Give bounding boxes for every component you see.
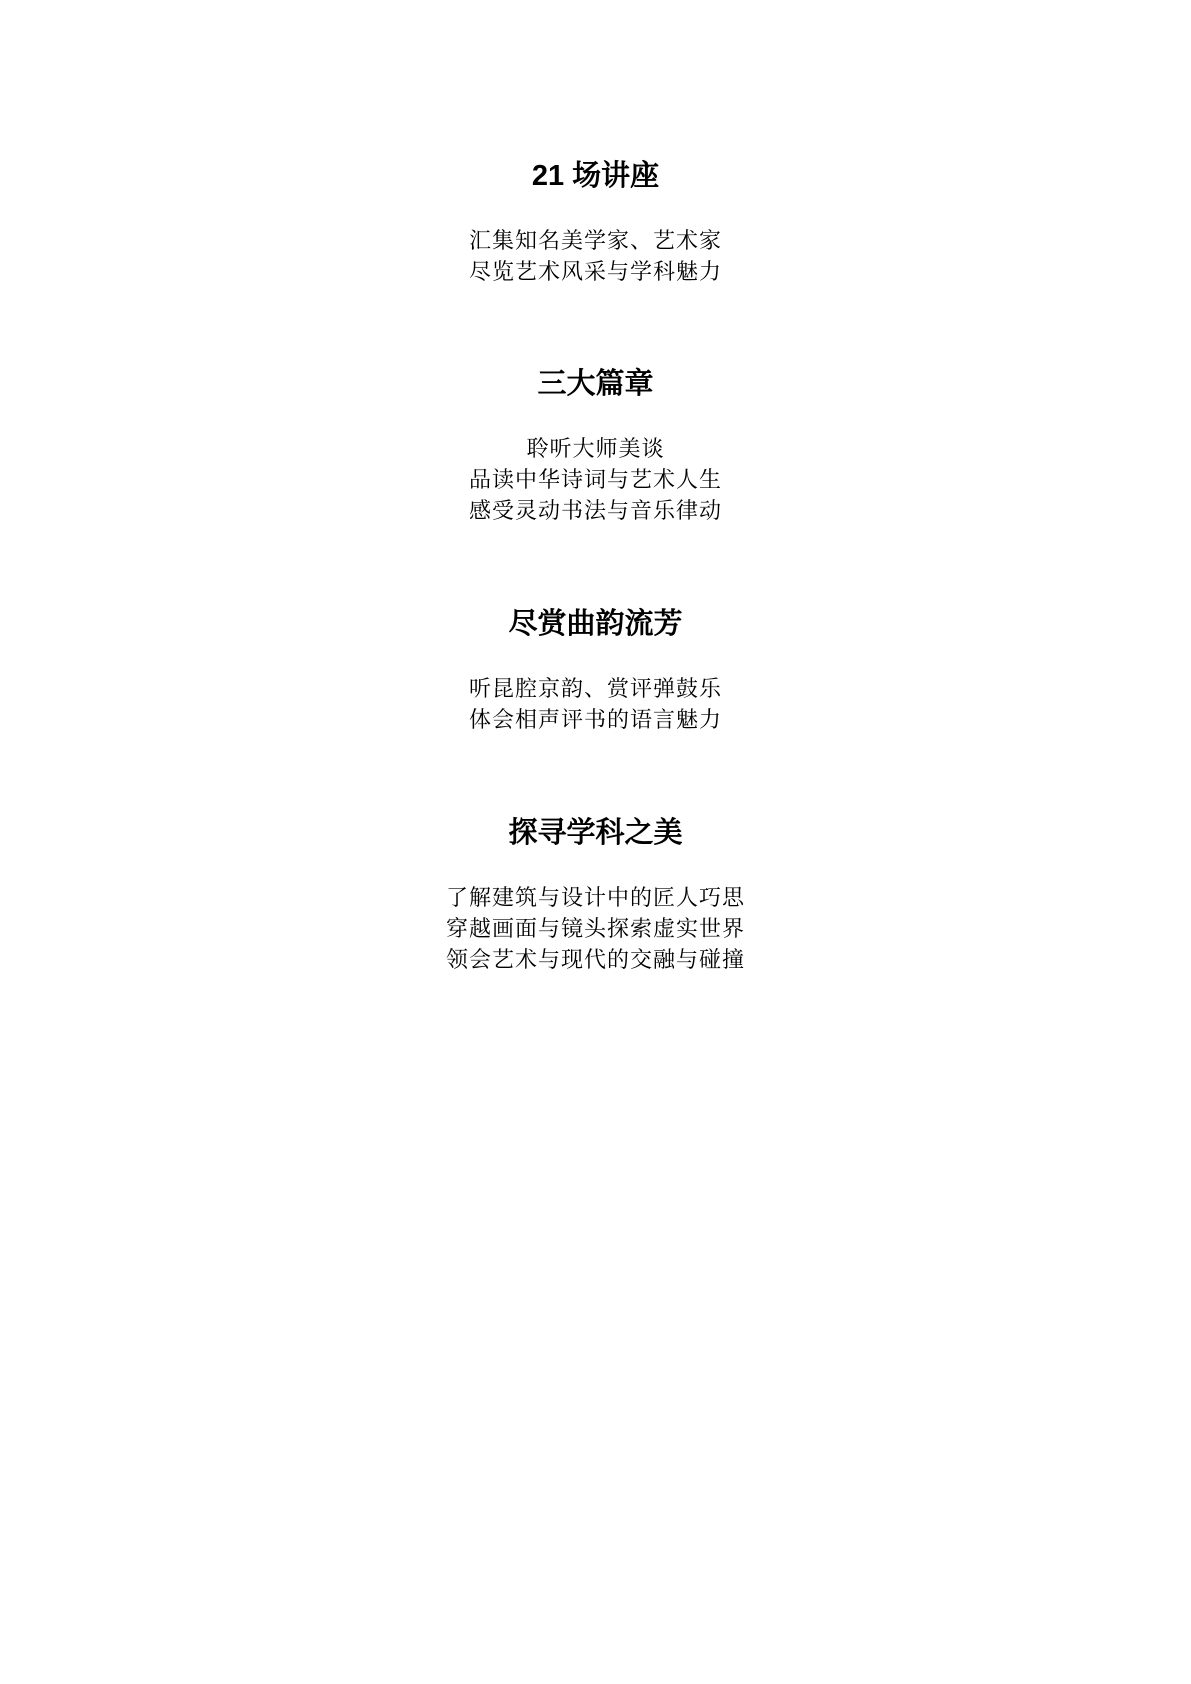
body-line: 领会艺术与现代的交融与碰撞 xyxy=(0,945,1191,976)
body-line: 汇集知名美学家、艺术家 xyxy=(0,226,1191,257)
body-line: 尽览艺术风采与学科魅力 xyxy=(0,257,1191,288)
document-page: 21 场讲座 汇集知名美学家、艺术家 尽览艺术风采与学科魅力 三大篇章 聆听大师… xyxy=(0,0,1191,1684)
body-line: 感受灵动书法与音乐律动 xyxy=(0,496,1191,527)
section-three-chapters: 三大篇章 聆听大师美谈 品读中华诗词与艺术人生 感受灵动书法与音乐律动 xyxy=(0,366,1191,527)
section-heading: 21 场讲座 xyxy=(0,158,1191,194)
body-line: 体会相声评书的语言魅力 xyxy=(0,705,1191,736)
section-body: 聆听大师美谈 品读中华诗词与艺术人生 感受灵动书法与音乐律动 xyxy=(0,434,1191,527)
section-heading: 探寻学科之美 xyxy=(0,815,1191,851)
body-line: 听昆腔京韵、赏评弹鼓乐 xyxy=(0,674,1191,705)
section-body: 汇集知名美学家、艺术家 尽览艺术风采与学科魅力 xyxy=(0,226,1191,288)
body-line: 聆听大师美谈 xyxy=(0,434,1191,465)
body-line: 穿越画面与镜头探索虚实世界 xyxy=(0,914,1191,945)
section-lectures: 21 场讲座 汇集知名美学家、艺术家 尽览艺术风采与学科魅力 xyxy=(0,158,1191,288)
section-opera: 尽赏曲韵流芳 听昆腔京韵、赏评弹鼓乐 体会相声评书的语言魅力 xyxy=(0,606,1191,736)
section-heading: 尽赏曲韵流芳 xyxy=(0,606,1191,642)
section-heading: 三大篇章 xyxy=(0,366,1191,402)
section-disciplines: 探寻学科之美 了解建筑与设计中的匠人巧思 穿越画面与镜头探索虚实世界 领会艺术与… xyxy=(0,815,1191,976)
body-line: 了解建筑与设计中的匠人巧思 xyxy=(0,883,1191,914)
section-body: 听昆腔京韵、赏评弹鼓乐 体会相声评书的语言魅力 xyxy=(0,674,1191,736)
body-line: 品读中华诗词与艺术人生 xyxy=(0,465,1191,496)
section-body: 了解建筑与设计中的匠人巧思 穿越画面与镜头探索虚实世界 领会艺术与现代的交融与碰… xyxy=(0,883,1191,976)
